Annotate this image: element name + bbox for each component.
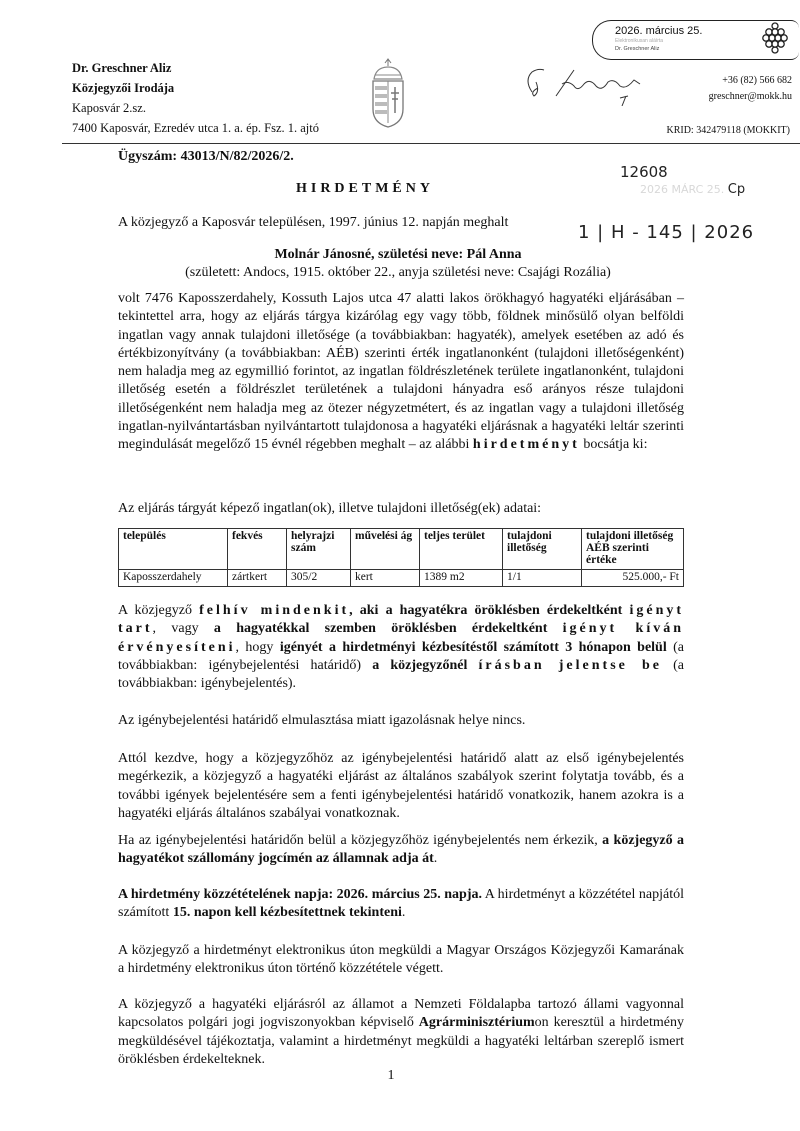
stamp-signer: Dr. Greschner Aliz xyxy=(615,46,659,52)
coat-of-arms-icon xyxy=(368,57,408,129)
seal-icon xyxy=(760,20,790,54)
cell-parcel: 305/2 xyxy=(287,570,351,587)
table-header-row: település fekvés helyrajzi szám művelési… xyxy=(119,529,684,570)
office-title: Közjegyzői Irodája xyxy=(72,78,319,98)
paragraph-no-excuse: Az igénybejelentési határidő elmulasztás… xyxy=(118,712,684,730)
handwritten-signature xyxy=(518,62,668,106)
handwritten-initials: Cp xyxy=(728,182,745,197)
cell-settlement: Kaposszerdahely xyxy=(119,570,228,587)
cell-value: 525.000,- Ft xyxy=(582,570,684,587)
page-number: 1 xyxy=(0,1068,800,1084)
email[interactable]: greschner@mokk.hu xyxy=(662,89,792,105)
case-number: Ügyszám: 43013/N/82/2026/2. xyxy=(118,149,294,165)
call-text: , hogy xyxy=(236,640,274,655)
paragraph-procedure-text: volt 7476 Kaposszerdahely, Kossuth Lajos… xyxy=(118,291,684,452)
received-stamp-text: 2026 MÁRC 25. xyxy=(640,183,724,196)
call-bold: a közjegyzőnél xyxy=(372,658,467,673)
stamp-subtitle: Elektronikusan aláírta xyxy=(615,38,663,44)
deceased-birth: (született: Andocs, 1915. október 22., a… xyxy=(118,265,678,281)
header-divider xyxy=(62,143,800,144)
krid: KRID: 342479118 (MOKKIT) xyxy=(600,125,790,136)
call-text: A közjegyző xyxy=(118,603,192,618)
cell-share: 1/1 xyxy=(503,570,582,587)
col-header: művelési ág xyxy=(351,529,420,570)
state-transfer-end: . xyxy=(434,851,438,866)
call-bold: a hagyatékkal szemben öröklésben érdekel… xyxy=(214,621,547,636)
contact-block: +36 (82) 566 682 greschner@mokk.hu xyxy=(662,73,792,105)
call-bold: , aki a hagyatékra öröklésben érdekeltké… xyxy=(349,603,622,618)
ministry-bold: Agrárminisztérium xyxy=(419,1015,535,1030)
stamp-date: 2026. március 25. xyxy=(615,25,702,37)
call-text: , vagy xyxy=(153,621,199,636)
col-header: teljes terület xyxy=(420,529,503,570)
paragraph-procedure: volt 7476 Kaposszerdahely, Kossuth Lajos… xyxy=(118,290,684,455)
table-intro: Az eljárás tárgyát képező ingatlan(ok), … xyxy=(118,500,684,518)
call-bold: igényét a hirdetményi kézbesítéstől szám… xyxy=(280,640,667,655)
call-emphasis: felhív mindenkit xyxy=(199,603,349,618)
paragraph-ministry: A közjegyző a hagyatéki eljárásról az ál… xyxy=(118,996,684,1069)
col-header: tulajdoni illetőség AÉB szerinti értéke xyxy=(582,529,684,570)
received-stamp: 2026 MÁRC 25. Cp xyxy=(640,182,745,197)
cell-location: zártkert xyxy=(228,570,287,587)
deceased-name: Molnár Jánosné, születési neve: Pál Anna xyxy=(118,247,678,263)
paragraph-procedure-emphasis: hirdetményt xyxy=(473,437,580,452)
paragraph-publication-date: A hirdetmény közzétételének napja: 2026.… xyxy=(118,886,684,923)
publication-date-end: . xyxy=(402,905,406,920)
office-block: Dr. Greschner Aliz Közjegyzői Irodája Ka… xyxy=(72,58,319,138)
office-address: 7400 Kaposvár, Ezredév utca 1. a. ép. Fs… xyxy=(72,118,319,138)
handwritten-file-code: 1 | H - 145 | 2026 xyxy=(578,222,754,243)
handwritten-registry-number: 12608 xyxy=(620,163,668,181)
col-header: fekvés xyxy=(228,529,287,570)
paragraph-procedure-tail: bocsátja ki: xyxy=(583,437,647,452)
paragraph-state-transfer: Ha az igénybejelentési határidőn belül a… xyxy=(118,832,684,869)
col-header: tulajdoni illetőség xyxy=(503,529,582,570)
phone: +36 (82) 566 682 xyxy=(662,73,792,89)
state-transfer-text: Ha az igénybejelentési határidőn belül a… xyxy=(118,833,598,848)
cell-area: 1389 m2 xyxy=(420,570,503,587)
paragraph-first-claim: Attól kezdve, hogy a közjegyzőhöz az igé… xyxy=(118,750,684,823)
office-seat: Kaposvár 2.sz. xyxy=(72,98,319,118)
call-emphasis: írásban jelentse be xyxy=(479,658,663,673)
publication-date-bold: A hirdetmény közzétételének napja: 2026.… xyxy=(118,887,482,902)
delivery-bold: 15. napon kell kézbesítettnek tekinteni xyxy=(173,905,402,920)
office-name: Dr. Greschner Aliz xyxy=(72,58,319,78)
cell-cultivation: kert xyxy=(351,570,420,587)
paragraph-chamber: A közjegyző a hirdetményt elektronikus ú… xyxy=(118,942,684,979)
paragraph-call: A közjegyző felhív mindenkit, aki a hagy… xyxy=(118,602,684,693)
property-table: település fekvés helyrajzi szám művelési… xyxy=(118,528,684,587)
intro-line: A közjegyző a Kaposvár településen, 1997… xyxy=(118,215,508,231)
col-header: település xyxy=(119,529,228,570)
col-header: helyrajzi szám xyxy=(287,529,351,570)
table-row: Kaposszerdahely zártkert 305/2 kert 1389… xyxy=(119,570,684,587)
